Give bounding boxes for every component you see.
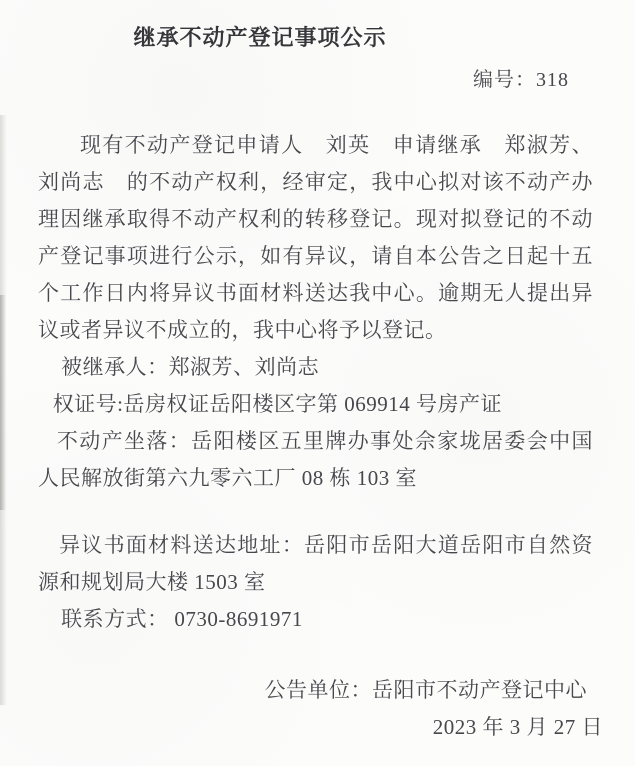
decedent-line: 被继承人：郑淑芳、刘尚志 — [38, 349, 593, 386]
date-line: 2023 年 3 月 27 日 — [0, 709, 635, 746]
document-title: 继承不动产登记事项公示 — [0, 0, 635, 52]
document-body: 现有不动产登记申请人 刘英 申请继承 郑淑芳、刘尚志 的不动产权利，经审定，我中… — [0, 127, 635, 638]
scan-edge-artifact-dark — [0, 295, 6, 510]
main-paragraph: 现有不动产登记申请人 刘英 申请继承 郑淑芳、刘尚志 的不动产权利，经审定，我中… — [38, 127, 593, 349]
document-number: 编号：318 — [0, 63, 635, 92]
contact-line: 联系方式： 0730-8691971 — [38, 601, 593, 638]
issuer-line: 公告单位：岳阳市不动产登记中心 — [0, 672, 635, 709]
document-footer: 公告单位：岳阳市不动产登记中心 2023 年 3 月 27 日 — [0, 672, 635, 746]
property-location-line: 不动产坐落：岳阳楼区五里牌办事处佘家垅居委会中国人民解放街第六九零六工厂 08 … — [38, 423, 593, 497]
certificate-number-line: 权证号:岳房权证岳阳楼区字第 069914 号房产证 — [38, 386, 593, 423]
objection-address-line: 异议书面材料送达地址：岳阳市岳阳大道岳阳市自然资源和规划局大楼 1503 室 — [38, 527, 593, 601]
notice-document: 继承不动产登记事项公示 编号：318 现有不动产登记申请人 刘英 申请继承 郑淑… — [0, 0, 635, 766]
